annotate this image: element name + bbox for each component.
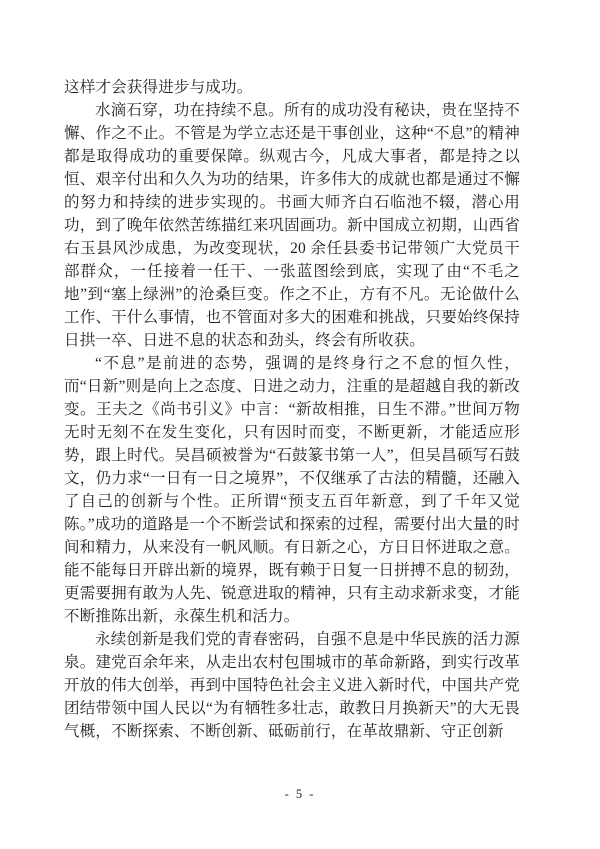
document-body: 这样才会获得进步与成功。 水滴石穿，功在持续不息。所有的成功没有秘诀，贵在坚持不…: [64, 76, 520, 743]
paragraph: “不息”是前进的态势，强调的是终身行之不怠的恒久性，而“日新”则是向上之态度、日…: [64, 352, 520, 628]
document-page: 这样才会获得进步与成功。 水滴石穿，功在持续不息。所有的成功没有秘诀，贵在坚持不…: [0, 0, 600, 849]
paragraph-continuation: 这样才会获得进步与成功。: [64, 76, 520, 99]
page-number: - 5 -: [0, 787, 600, 802]
paragraph: 水滴石穿，功在持续不息。所有的成功没有秘诀，贵在坚持不懈、作之不止。不管是为学立…: [64, 99, 520, 352]
paragraph: 永续创新是我们党的青春密码，自强不息是中华民族的活力源泉。建党百余年来，从走出农…: [64, 628, 520, 743]
